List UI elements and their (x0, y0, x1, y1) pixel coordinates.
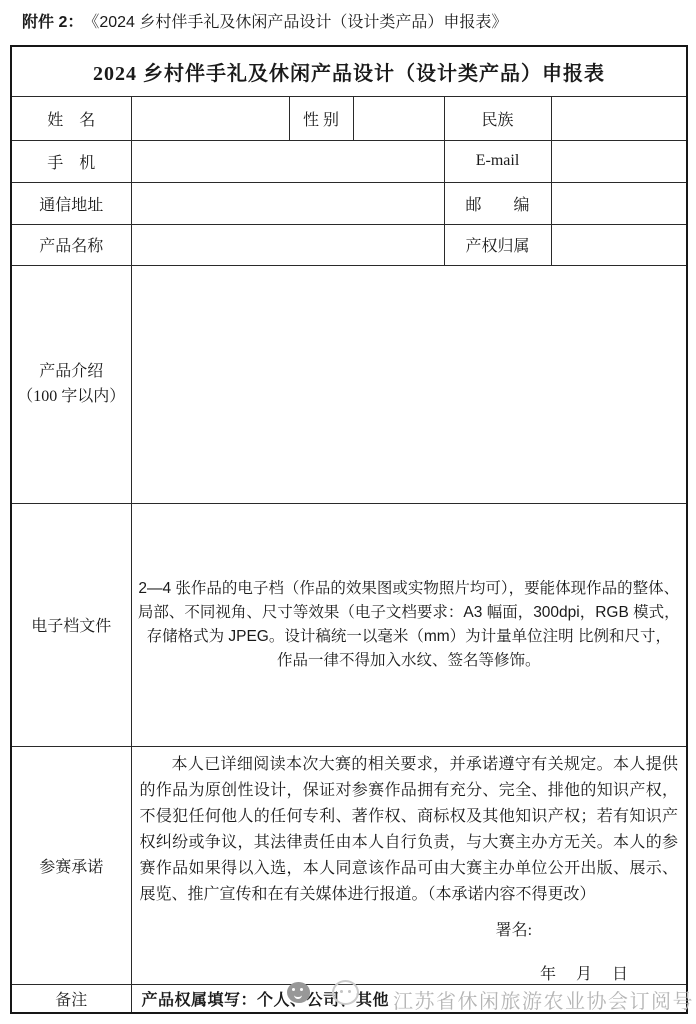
pledge-content-cell: 本人已详细阅读本次大赛的相关要求，并承诺遵守有关规定。本人提供的作品为原创性设计… (131, 746, 687, 984)
product-name-value-cell (131, 224, 444, 265)
form-title: 2024 乡村伴手礼及休闲产品设计（设计类产品）申报表 (11, 46, 687, 96)
gender-label: 性 别 (289, 96, 353, 140)
table-row: 手 机 E-mail (11, 140, 687, 182)
ownership-value-cell (551, 224, 687, 265)
phone-label: 手 机 (11, 140, 131, 182)
table-row: 电子档文件 2—4 张作品的电子档（作品的效果图或实物照片均可），要能体现作品的… (11, 503, 687, 746)
attachment-heading: 附件 2：《2024 乡村伴手礼及休闲产品设计（设计类产品）申报表》 (22, 9, 507, 32)
name-value-cell (131, 96, 289, 140)
ethnicity-label: 民族 (444, 96, 551, 140)
table-row: 产品名称 产权归属 (11, 224, 687, 265)
email-label: E-mail (444, 140, 551, 182)
attachment-number-label: 附件 2： (22, 14, 83, 31)
signature-label: 署名: (140, 917, 679, 940)
scanned-application-form-page: 附件 2：《2024 乡村伴手礼及休闲产品设计（设计类产品）申报表》 2024 … (0, 0, 696, 1024)
efile-label: 电子档文件 (11, 503, 131, 746)
product-intro-value-cell (131, 265, 687, 503)
table-row: 通信地址 邮 编 (11, 182, 687, 224)
note-label: 备注 (11, 984, 131, 1013)
postcode-label: 邮 编 (444, 182, 551, 224)
table-row: 姓 名 性 别 民族 (11, 96, 687, 140)
phone-value-cell (131, 140, 444, 182)
email-value-cell (551, 140, 687, 182)
application-form-table: 2024 乡村伴手礼及休闲产品设计（设计类产品）申报表 姓 名 性 别 民族 手… (10, 45, 688, 1014)
date-label: 年 月 日 (140, 961, 679, 984)
ethnicity-value-cell (551, 96, 687, 140)
product-name-label: 产品名称 (11, 224, 131, 265)
table-row: 产品介绍 （100 字以内） (11, 265, 687, 503)
address-value-cell (131, 182, 444, 224)
pledge-text: 本人已详细阅读本次大赛的相关要求，并承诺遵守有关规定。本人提供的作品为原创性设计… (140, 752, 679, 908)
efile-requirements-cell: 2—4 张作品的电子档（作品的效果图或实物照片均可），要能体现作品的整体、 局部… (131, 503, 687, 746)
form-title-row: 2024 乡村伴手礼及休闲产品设计（设计类产品）申报表 (11, 46, 687, 96)
efile-requirements-text: 2—4 张作品的电子档（作品的效果图或实物照片均可），要能体现作品的整体、 局部… (132, 577, 687, 673)
postcode-value-cell (551, 182, 687, 224)
address-label: 通信地址 (11, 182, 131, 224)
gender-value-cell (353, 96, 444, 140)
product-intro-label: 产品介绍 （100 字以内） (11, 265, 131, 503)
table-row: 备注 产品权属填写：个人、公司、其他 (11, 984, 687, 1013)
pledge-label: 参赛承诺 (11, 746, 131, 984)
name-label: 姓 名 (11, 96, 131, 140)
ownership-label: 产权归属 (444, 224, 551, 265)
note-text: 产品权属填写：个人、公司、其他 (131, 984, 687, 1013)
table-row: 参赛承诺 本人已详细阅读本次大赛的相关要求，并承诺遵守有关规定。本人提供的作品为… (11, 746, 687, 984)
attachment-document-title: 《2024 乡村伴手礼及休闲产品设计（设计类产品）申报表》 (91, 14, 507, 31)
